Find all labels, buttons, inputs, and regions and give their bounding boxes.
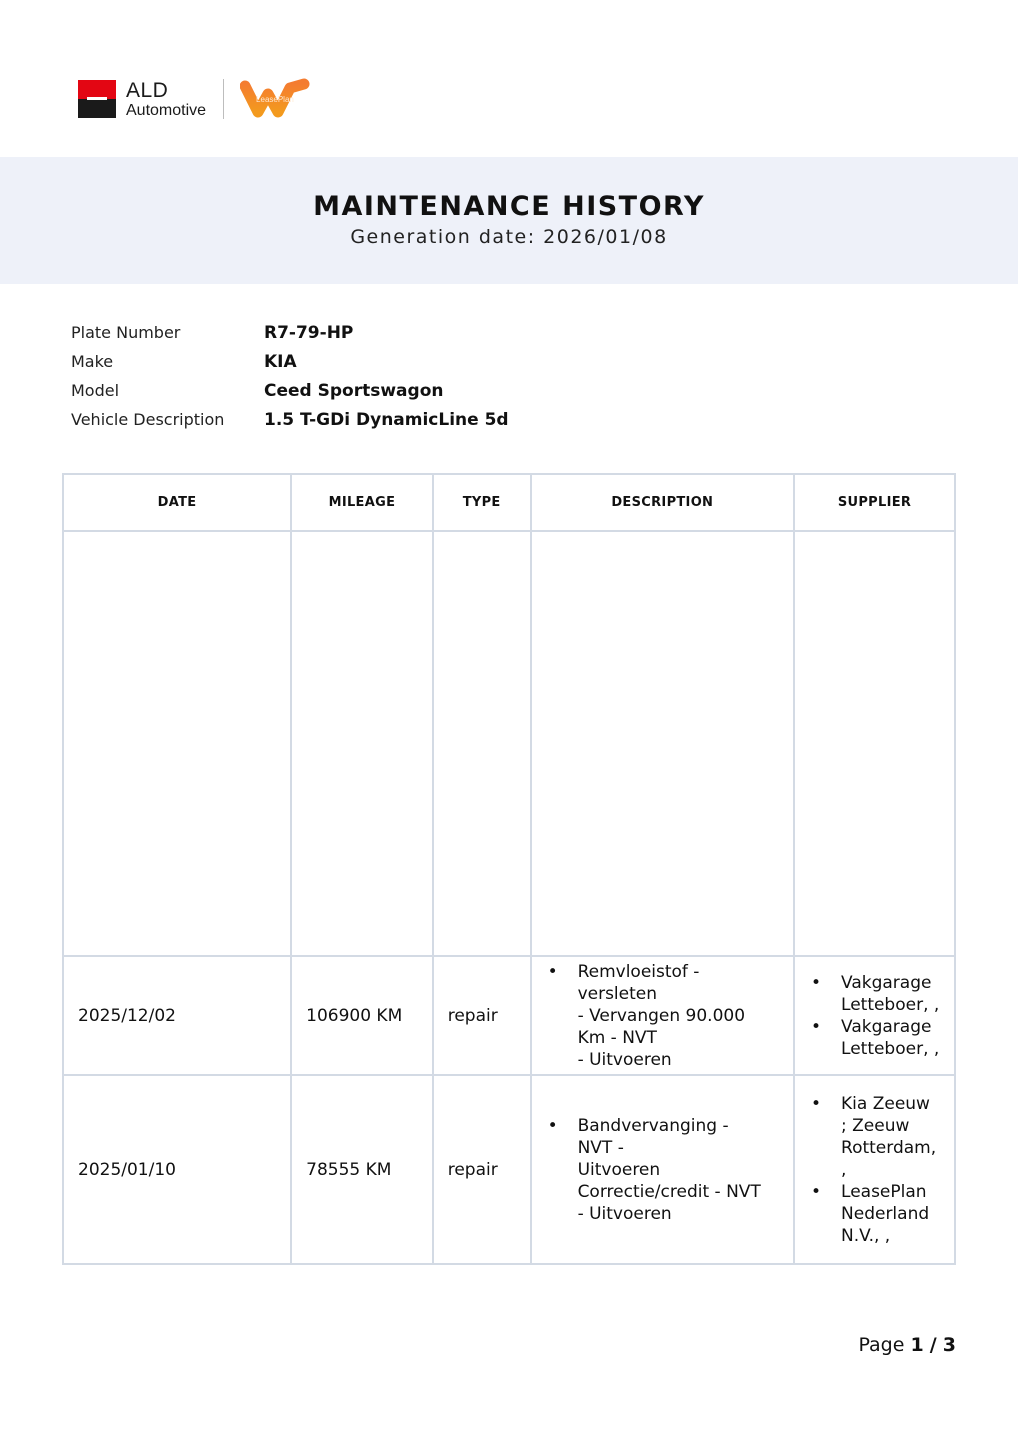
leaseplan-logo: LeasePlan [240,78,312,120]
vehicle-description-value: 1.5 T-GDi DynamicLine 5d [264,410,509,430]
cell-mileage [291,531,433,956]
cell-date [63,531,291,956]
page-prefix: Page [858,1334,904,1356]
total-pages: 3 [943,1334,956,1356]
cell-date: 2025/01/10 [63,1075,291,1264]
header-logos: ALD Automotive LeasePlan [78,78,312,120]
table-row: 2025/01/10 78555 KM repair Bandvervangin… [63,1075,955,1264]
cell-mileage: 78555 KM [291,1075,433,1264]
supplier-item: Vakgarage Letteboer, , [809,1016,940,1060]
column-header-date: DATE [63,474,291,531]
cell-type: repair [433,956,531,1075]
plate-number-value: R7-79-HP [264,323,353,343]
column-header-description: DESCRIPTION [531,474,794,531]
table-row: 2025/12/02 106900 KM repair Remvloeistof… [63,956,955,1075]
info-row-model: Model Ceed Sportswagon [71,376,509,405]
supplier-item: Vakgarage Letteboer, , [809,972,940,1016]
cell-description: Remvloeistof - versleten - Vervangen 90.… [531,956,794,1075]
cell-supplier: Vakgarage Letteboer, , Vakgarage Lettebo… [794,956,955,1075]
generation-date: Generation date: 2026/01/08 [0,226,1018,248]
cell-supplier [794,531,955,956]
cell-description: Bandvervanging - NVT - Uitvoeren Correct… [531,1075,794,1264]
ald-logo-line1: ALD [126,80,206,101]
info-row-description: Vehicle Description 1.5 T-GDi DynamicLin… [71,405,509,434]
description-list: Remvloeistof - versleten - Vervangen 90.… [546,961,779,1071]
supplier-item: LeasePlan Nederland N.V., , [809,1181,940,1247]
cell-description [531,531,794,956]
description-item: Remvloeistof - versleten - Vervangen 90.… [546,961,779,1071]
page-title: MAINTENANCE HISTORY [0,191,1018,222]
supplier-item: Kia Zeeuw ; Zeeuw Rotterdam, , [809,1093,940,1181]
page-separator: / [930,1334,937,1356]
maintenance-history-table: DATE MILEAGE TYPE DESCRIPTION SUPPLIER 2… [62,473,956,1265]
vehicle-description-label: Vehicle Description [71,410,264,429]
current-page: 1 [910,1334,923,1356]
make-value: KIA [264,352,297,372]
cell-date: 2025/12/02 [63,956,291,1075]
ald-logo-line2: Automotive [126,103,206,119]
make-label: Make [71,352,264,371]
model-value: Ceed Sportswagon [264,381,443,401]
cell-supplier: Kia Zeeuw ; Zeeuw Rotterdam, , LeasePlan… [794,1075,955,1264]
plate-number-label: Plate Number [71,323,264,342]
description-list: Bandvervanging - NVT - Uitvoeren Correct… [546,1115,779,1225]
table-header-row: DATE MILEAGE TYPE DESCRIPTION SUPPLIER [63,474,955,531]
model-label: Model [71,381,264,400]
title-band: MAINTENANCE HISTORY Generation date: 202… [0,157,1018,284]
ald-logo-icon [78,80,116,118]
table-row-empty [63,531,955,956]
column-header-type: TYPE [433,474,531,531]
column-header-supplier: SUPPLIER [794,474,955,531]
ald-logo-text: ALD Automotive [126,80,206,119]
page-number: Page 1 / 3 [858,1334,956,1356]
logo-divider [223,79,224,119]
info-row-plate: Plate Number R7-79-HP [71,318,509,347]
supplier-list: Vakgarage Letteboer, , Vakgarage Lettebo… [809,972,940,1060]
leaseplan-logo-text: LeasePlan [256,95,294,104]
description-item: Bandvervanging - NVT - Uitvoeren Correct… [546,1115,779,1225]
supplier-list: Kia Zeeuw ; Zeeuw Rotterdam, , LeasePlan… [809,1093,940,1247]
cell-type: repair [433,1075,531,1264]
column-header-mileage: MILEAGE [291,474,433,531]
cell-type [433,531,531,956]
info-row-make: Make KIA [71,347,509,376]
vehicle-info: Plate Number R7-79-HP Make KIA Model Cee… [71,318,509,434]
cell-mileage: 106900 KM [291,956,433,1075]
